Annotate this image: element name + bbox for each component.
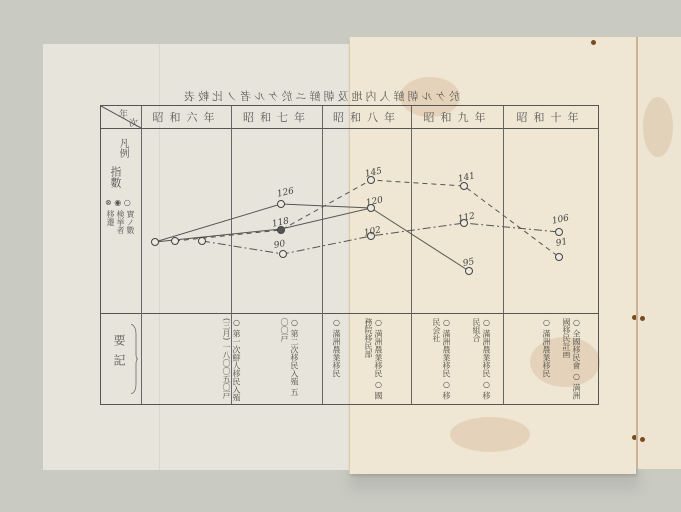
next-page-edge	[636, 37, 681, 469]
point-marker	[172, 238, 179, 245]
point-marker	[278, 201, 285, 208]
point-marker	[556, 254, 563, 261]
table-title: 於ケル朝鮮人内地及朝鮮ニ於ケル者ノ比較表	[170, 88, 460, 104]
point-marker	[280, 251, 287, 258]
point-marker	[199, 238, 206, 245]
point-marker	[152, 239, 159, 246]
index-line-chart	[100, 105, 597, 403]
point-marker	[556, 229, 563, 236]
